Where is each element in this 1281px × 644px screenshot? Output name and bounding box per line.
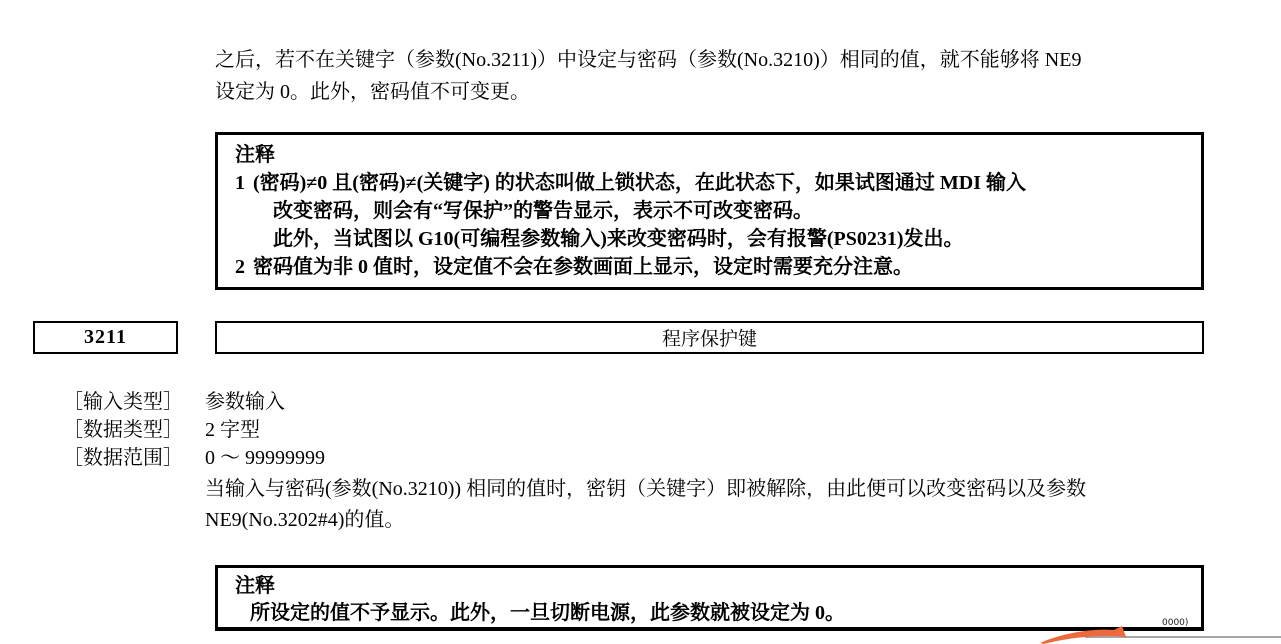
note-item-1: 1 (密码)≠0 且(密码)≠(关键字) 的状态叫做上锁状态，在此状态下，如果试… [218, 169, 1201, 197]
spec-row: ［数据范围］0 ～ 99999999 [63, 444, 325, 472]
intro-line: 设定为 0。此外，密码值不可变更。 [215, 76, 1081, 108]
spec-label: ［输入类型］ [63, 388, 205, 416]
spec-value: 2 字型 [205, 416, 260, 444]
page-footer-tiny-text: 0000) [1162, 618, 1188, 628]
param-number-box: 3211 [33, 321, 178, 354]
note-line: (密码)≠0 且(密码)≠(关键字) 的状态叫做上锁状态，在此状态下，如果试图通… [218, 169, 1201, 197]
param-name-box: 程序保护键 [215, 321, 1204, 354]
description-paragraph: 当输入与密码(参数(No.3210)) 相同的值时，密钥（关键字）即被解除，由此… [205, 474, 1086, 536]
note-box-2: 注释 所设定的值不予显示。此外，一旦切断电源，此参数就被设定为 0。 [215, 565, 1204, 631]
description-line: 当输入与密码(参数(No.3210)) 相同的值时，密钥（关键字）即被解除，由此… [205, 474, 1086, 505]
note-item-2: 2 密码值为非 0 值时，设定值不会在参数画面上显示，设定时需要充分注意。 [218, 253, 1201, 281]
description-line: NE9(No.3202#4)的值。 [205, 505, 1086, 536]
param-number: 3211 [84, 326, 127, 349]
note-item-number: 1 [235, 169, 245, 197]
note-line: 此外，当试图以 G10(可编程参数输入)来改变密码时，会有报警(PS0231)发… [218, 225, 1201, 253]
note-line: 改变密码，则会有“写保护”的警告显示，表示不可改变密码。 [218, 197, 1201, 225]
intro-paragraph: 之后，若不在关键字（参数(No.3211)）中设定与密码（参数(No.3210)… [215, 44, 1081, 108]
spec-list: ［输入类型］参数输入 ［数据类型］2 字型 ［数据范围］0 ～ 99999999 [63, 388, 325, 472]
spec-label: ［数据范围］ [63, 444, 205, 472]
note-title: 注释 [218, 573, 1201, 599]
note-line: 密码值为非 0 值时，设定值不会在参数画面上显示，设定时需要充分注意。 [218, 253, 1201, 281]
spec-row: ［数据类型］2 字型 [63, 416, 325, 444]
intro-line: 之后，若不在关键字（参数(No.3211)）中设定与密码（参数(No.3210)… [215, 44, 1081, 76]
logo-swoosh-icon [1038, 626, 1138, 644]
spec-value: 参数输入 [205, 388, 285, 416]
note-title: 注释 [218, 141, 1201, 169]
note-box-1: 注释 1 (密码)≠0 且(密码)≠(关键字) 的状态叫做上锁状态，在此状态下，… [215, 132, 1204, 290]
note-item-number: 2 [235, 253, 245, 281]
spec-label: ［数据类型］ [63, 416, 205, 444]
spec-row: ［输入类型］参数输入 [63, 388, 325, 416]
logo-swoosh-shape [1040, 626, 1126, 644]
note-line: 所设定的值不予显示。此外，一旦切断电源，此参数就被设定为 0。 [218, 599, 1201, 627]
param-name: 程序保护键 [662, 324, 757, 351]
spec-value: 0 ～ 99999999 [205, 444, 325, 472]
